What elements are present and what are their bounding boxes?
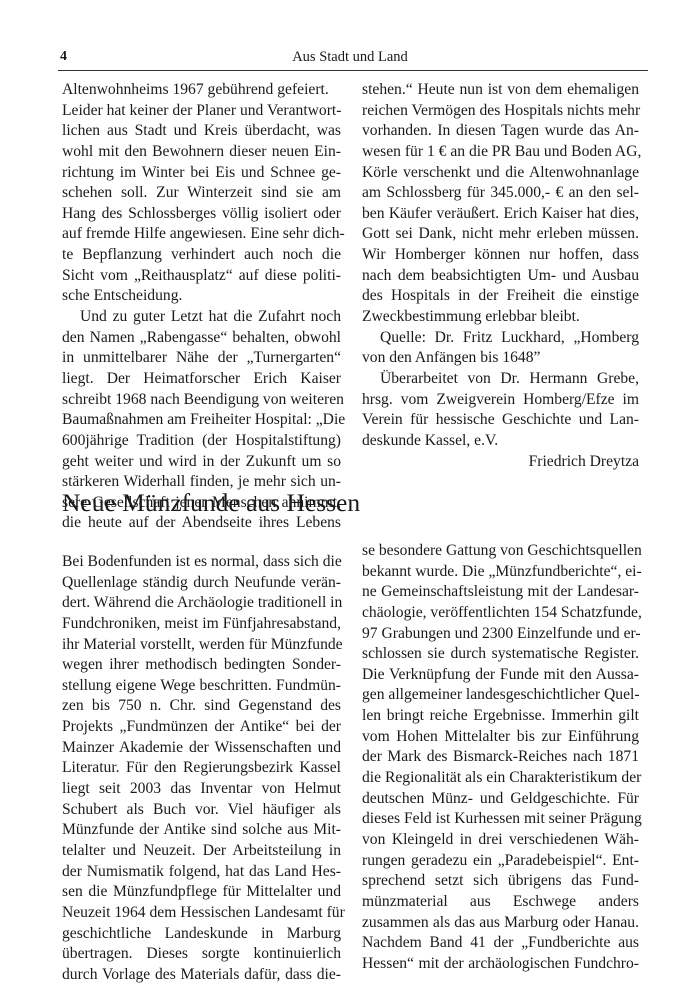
text-line: ben Käufer veräußert. Erich Kaiser hat d… — [362, 204, 639, 225]
text-line: Hessen“ mit der archäologischen Fundchro… — [362, 954, 639, 975]
column-top-left: Altenwohnheims 1967 gebührend gefeiert.L… — [62, 80, 341, 534]
text-line: sche Entscheidung. — [62, 286, 341, 307]
text-line: übertragen. Dieses sorgte kontinuierlich — [62, 944, 341, 965]
text-line: Körle verschenkt und die Altenwohnanlage — [362, 163, 639, 184]
text-line: chäologie, veröffentlichten 154 Schatzfu… — [362, 603, 639, 624]
text-line: Münzfunde der Antike sind solche aus Mit… — [62, 820, 341, 841]
text-line: Quellenlage ständig durch Neufunde verän… — [62, 573, 341, 594]
text-line: dieses Feld ist Kurhessen mit seiner Prä… — [362, 809, 639, 830]
text-line: Wir Homberger können nur hoffen, dass — [362, 245, 639, 266]
text-line: geschichtliche Landeskunde in Marburg — [62, 924, 341, 945]
text-line: von den Anfängen bis 1648” — [362, 348, 639, 369]
running-title: Aus Stadt und Land — [292, 49, 408, 66]
text-line: wegen ihrer methodisch bedingten Sonder- — [62, 655, 341, 676]
text-line: schlossen sie durch systematische Regist… — [362, 644, 639, 665]
text-line: Schubert als Buch vor. Viel häufiger als — [62, 800, 341, 821]
text-line: den Namen „Rabengasse“ behalten, obwohl — [62, 328, 341, 349]
text-line: deutschen Münz- und Geldgeschichte. Für — [362, 789, 639, 810]
text-line: lichen aus Stadt und Kreis überdacht, wa… — [62, 121, 341, 142]
text-line: Sicht vom „Reithausplatz“ auf diese poli… — [62, 266, 341, 287]
text-line: Und zu guter Letzt hat die Zufahrt noch — [62, 307, 341, 328]
text-line: 97 Grabungen und 2300 Einzelfunde und er… — [362, 624, 639, 645]
text-line: zen bis 750 n. Chr. sind Gegenstand des — [62, 696, 341, 717]
text-line: stellung eigene Wege beschritten. Fundmü… — [62, 676, 341, 697]
text-line: Nachdem Band 41 der „Fundberichte aus — [362, 933, 639, 954]
text-line: Mainzer Akademie der Wissenschaften und — [62, 738, 341, 759]
text-line: sen die Münzfundpflege für Mittelalter u… — [62, 882, 341, 903]
column-bottom-left: Bei Bodenfunden ist es normal, dass sich… — [62, 552, 341, 985]
text-line: 600jährige Tradition (der Hospitalstiftu… — [62, 431, 341, 452]
text-line: nach dem beabsichtigten Um- und Ausbau — [362, 266, 639, 287]
text-line: in unmittelbarer Nähe der „Turnergarten“ — [62, 348, 341, 369]
text-line: liegt. Der Heimatforscher Erich Kaiser — [62, 369, 341, 390]
text-line: te Bepflanzung verhindert auch noch die — [62, 245, 341, 266]
author-signature: Friedrich Dreytza — [362, 452, 639, 473]
text-line: durch Vorlage des Materials dafür, dass … — [62, 965, 341, 986]
text-line: telalter und Neuzeit. Der Arbeitsteilung… — [62, 841, 341, 862]
text-line: ihr Material vorstellt, werden für Münzf… — [62, 635, 341, 656]
text-line: Quelle: Dr. Fritz Luckhard, „Homberg — [362, 328, 639, 349]
text-line: hrsg. vom Zweigverein Homberg/Efze im — [362, 390, 639, 411]
column-top-right: stehen.“ Heute nun ist von dem ehemalige… — [362, 80, 639, 472]
text-line: len bringt reiche Ergebnisse. Immerhin g… — [362, 706, 639, 727]
text-line: schreibt 1968 nach Beendigung von weiter… — [62, 390, 341, 411]
text-line: die Regionalität als ein Charakteristiku… — [362, 768, 639, 789]
text-line: auf fremde Hilfe angewiesen. Eine sehr d… — [62, 224, 341, 245]
text-line: wesen für 1 € an die PR Bau und Boden AG… — [362, 142, 639, 163]
text-line: schehen soll. Zur Winterzeit sind sie am — [62, 183, 341, 204]
text-line: se besondere Gattung von Geschichtsquell… — [362, 541, 639, 562]
text-line: sprechend setzt sich übrigens das Fund- — [362, 871, 639, 892]
text-line: rungen geradezu ein „Paradebeispiel“. En… — [362, 851, 639, 872]
text-line: vom Hohen Mittelalter bis zur Einführung — [362, 727, 639, 748]
text-line: Baumaßnahmen am Freiheiter Hospital: „Di… — [62, 410, 341, 431]
text-line: dert. Während die Archäologie traditione… — [62, 593, 341, 614]
column-bottom-right: se besondere Gattung von Geschichtsquell… — [362, 541, 639, 974]
text-line: liegt seit 2003 das Inventar von Helmut — [62, 779, 341, 800]
text-line: Leider hat keiner der Planer und Verantw… — [62, 101, 341, 122]
text-line: ne Gemeinschaftsleistung mit der Landesa… — [362, 582, 639, 603]
text-line: Gott sei Dank, nicht mehr erleben müssen… — [362, 224, 639, 245]
text-line: reichen Vermögen des Hospitals nichts me… — [362, 101, 639, 122]
text-line: Zweckbestimmung erlebbar bleibt. — [362, 307, 639, 328]
text-line: Überarbeitet von Dr. Hermann Grebe, — [362, 369, 639, 390]
text-line: Neuzeit 1964 dem Hessischen Landesamt fü… — [62, 903, 341, 924]
text-line: geht weiter und wird in der Zukunft um s… — [62, 452, 341, 473]
text-line: Bei Bodenfunden ist es normal, dass sich… — [62, 552, 341, 573]
text-line: Die Verknüpfung der Funde mit den Aussa- — [362, 665, 639, 686]
text-line: richtung im Winter bei Eis und Schnee ge… — [62, 163, 341, 184]
text-line: Fundchroniken, meist im Fünfjahresabstan… — [62, 614, 341, 635]
text-line: stehen.“ Heute nun ist von dem ehemalige… — [362, 80, 639, 101]
text-line: der Numismatik folgend, hat das Land Hes… — [62, 862, 341, 883]
text-line: der Mark des Bismarck-Reiches nach 1871 — [362, 747, 639, 768]
text-line: des Hospitals in der Freiheit die einsti… — [362, 286, 639, 307]
text-line: Literatur. Für den Regierungsbezirk Kass… — [62, 758, 341, 779]
text-line: Projekts „Fundmünzen der Antike“ bei der — [62, 717, 341, 738]
text-line: am Schlossberg für 345.000,- € an den se… — [362, 183, 639, 204]
running-header: Aus Stadt und Land — [0, 49, 700, 66]
text-line: Hang des Schlossberges völlig isoliert o… — [62, 204, 341, 225]
text-line: zusammen als das aus Marburg oder Hanau. — [362, 913, 639, 934]
text-line: Altenwohnheims 1967 gebührend gefeiert. — [62, 80, 341, 101]
text-line: von Kleingeld in drei verschiedenen Wäh- — [362, 830, 639, 851]
article-title: Neue Münzfunde aus Hessen — [62, 488, 360, 518]
text-line: vorhanden. In diesen Tagen wurde das An- — [362, 121, 639, 142]
text-line: bekannt wurde. Die „Münzfundberichte“, e… — [362, 562, 639, 583]
text-line: Verein für hessische Geschichte und Lan- — [362, 410, 639, 431]
text-line: deskunde Kassel, e.V. — [362, 431, 639, 452]
header-rule — [58, 70, 648, 71]
text-line: münzmaterial aus Eschwege anders — [362, 892, 639, 913]
text-line: wohl mit den Bewohnern dieser neuen Ein- — [62, 142, 341, 163]
text-line: gen allgemeiner landesgeschichtlicher Qu… — [362, 685, 639, 706]
